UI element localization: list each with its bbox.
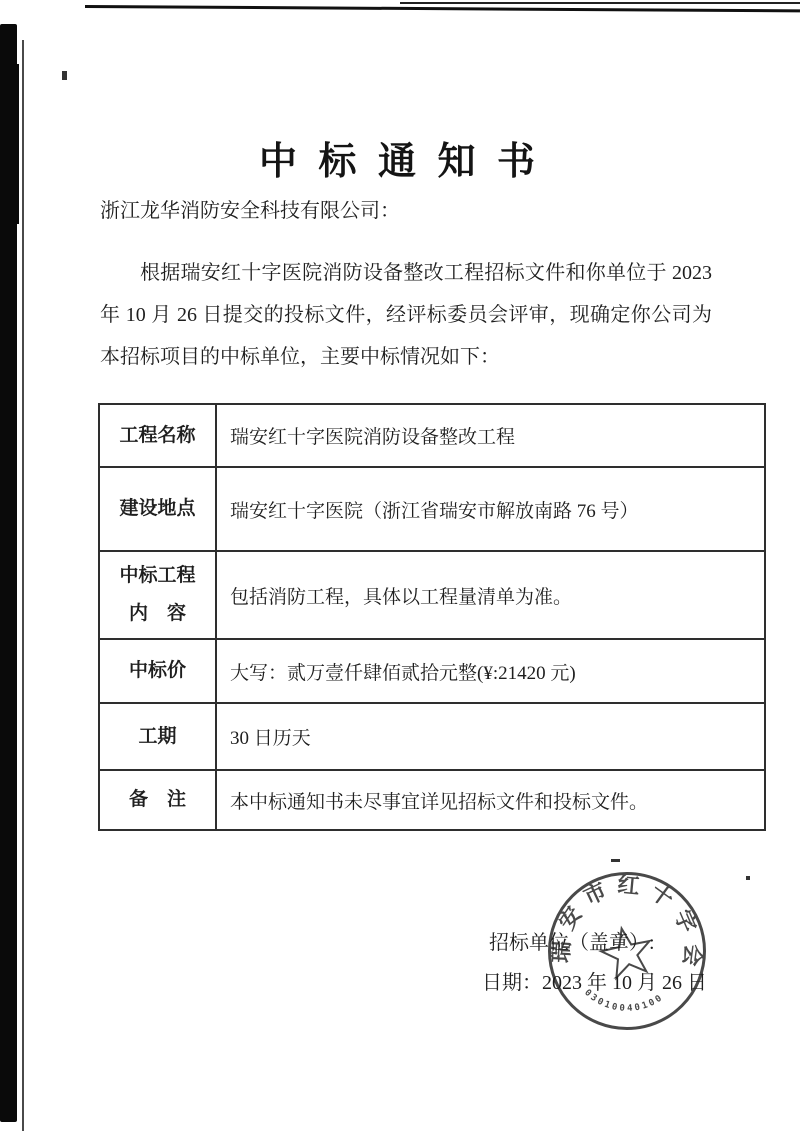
row-value-bid-price: 大写：贰万壹仟肆佰贰拾元整(¥:21420 元): [216, 639, 765, 703]
row-label-duration: 工期: [99, 703, 216, 770]
table-row: 中标价 大写：贰万壹仟肆佰贰拾元整(¥:21420 元): [99, 639, 765, 703]
table-row: 工程名称 瑞安红十字医院消防设备整改工程: [99, 404, 765, 467]
addressee-line: 浙江龙华消防安全科技有限公司：: [100, 194, 400, 223]
scan-top-line: [85, 5, 800, 12]
page-title: 中 标 通 知 书: [0, 130, 800, 185]
table-row: 建设地点 瑞安红十字医院（浙江省瑞安市解放南路 76 号）: [99, 467, 765, 551]
tender-unit-signature-label: 招标单位（盖章）:: [489, 926, 655, 955]
scan-binding-band: [0, 24, 17, 1122]
row-value-duration: 30 日历天: [216, 703, 765, 770]
table-row: 备 注 本中标通知书未尽事宜详见招标文件和投标文件。: [99, 770, 765, 830]
row-label-location: 建设地点: [99, 467, 216, 551]
scan-speck: [746, 876, 750, 880]
row-value-project-name: 瑞安红十字医院消防设备整改工程: [216, 404, 765, 467]
table-row: 工期 30 日历天: [99, 703, 765, 770]
table-row: 中标工程 内 容 包括消防工程，具体以工程量清单为准。: [99, 551, 765, 639]
bid-info-table: 工程名称 瑞安红十字医院消防设备整改工程 建设地点 瑞安红十字医院（浙江省瑞安市…: [98, 403, 766, 831]
seal-org-name: 瑞安市红十字会: [548, 872, 706, 977]
row-label-project-name: 工程名称: [99, 404, 216, 467]
row-label-scope: 中标工程 内 容: [99, 551, 216, 639]
scan-top-line-double: [400, 2, 800, 4]
row-value-remarks: 本中标通知书未尽事宜详见招标文件和投标文件。: [216, 770, 765, 830]
row-label-remarks: 备 注: [99, 770, 216, 830]
scan-speck: [62, 71, 67, 80]
row-value-location: 瑞安红十字医院（浙江省瑞安市解放南路 76 号）: [216, 467, 765, 551]
row-value-scope: 包括消防工程，具体以工程量清单为准。: [216, 551, 765, 639]
date-line: 日期：2023 年 10 月 26 日: [482, 966, 707, 995]
scan-speck: [611, 859, 620, 862]
row-label-bid-price: 中标价: [99, 639, 216, 703]
body-paragraph: 根据瑞安红十字医院消防设备整改工程招标文件和你单位于 2023 年 10 月 2…: [100, 252, 712, 378]
svg-text:瑞安市红十字会: 瑞安市红十字会: [548, 872, 706, 977]
scan-edge-line: [22, 40, 24, 1131]
